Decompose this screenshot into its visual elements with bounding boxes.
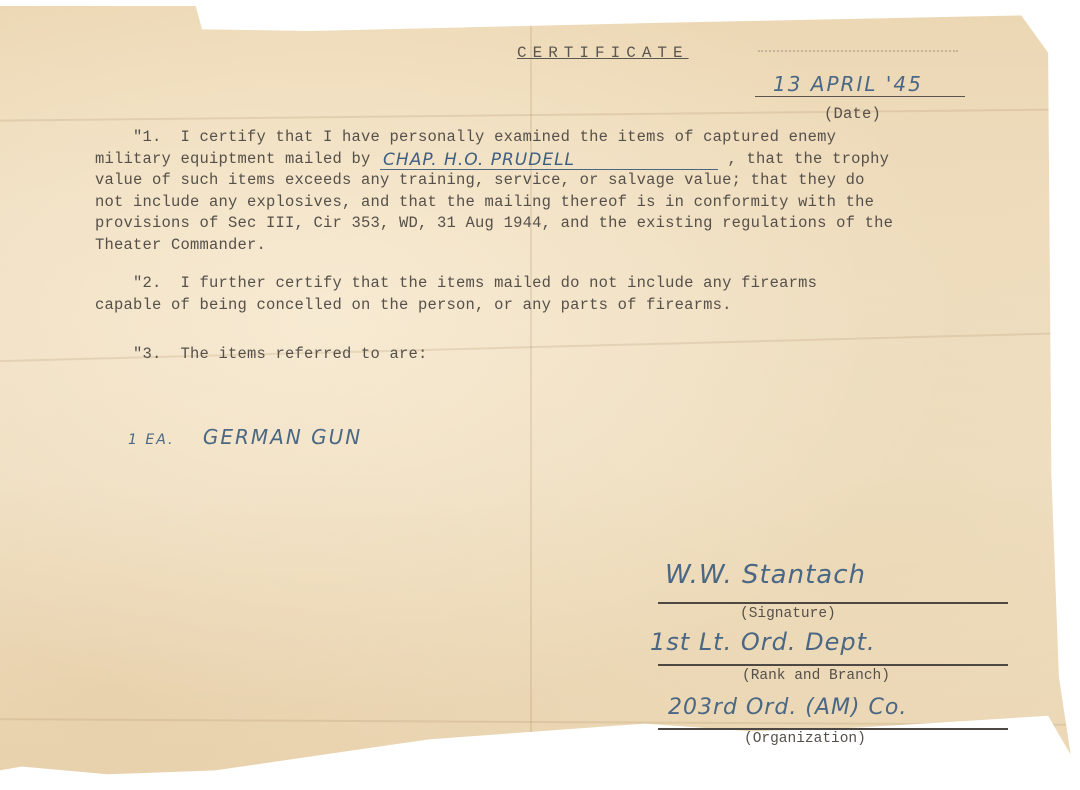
organization-line (658, 728, 1008, 730)
paragraph-1-line-2-prefix: military equiptment mailed by (95, 150, 380, 168)
paper-fold (0, 108, 1075, 121)
organization-label: (Organization) (744, 731, 866, 747)
rank-branch-line (658, 664, 1008, 666)
rank-branch-label: (Rank and Branch) (742, 668, 890, 684)
paper-fold (0, 718, 1075, 726)
paragraph-1-line-1: "1. I certify that I have personally exa… (95, 128, 836, 146)
paragraph-1-line-6: Theater Commander. (95, 236, 266, 254)
paragraph-2-line-2: capable of being concelled on the person… (95, 296, 732, 314)
signature-value: W.W. Stantach (665, 560, 866, 590)
paragraph-3: "3. The items referred to are: (95, 344, 1045, 366)
item-quantity: 1 EA. (128, 432, 175, 448)
paragraph-3-line-1: "3. The items referred to are: (95, 345, 428, 363)
paragraph-1-line-4: not include any explosives, and that the… (95, 193, 874, 211)
date-value: 13 APRIL '45 (755, 72, 965, 97)
paragraph-2-line-1: "2. I further certify that the items mai… (95, 274, 817, 292)
signature-line (658, 602, 1008, 604)
date-label: (Date) (824, 105, 881, 123)
item-entry: 1 EA. GERMAN GUN (128, 425, 362, 449)
mailed-by-field: CHAP. H.O. PRUDELL (380, 151, 718, 170)
item-description: GERMAN GUN (203, 425, 362, 449)
paragraph-1: "1. I certify that I have personally exa… (95, 127, 1045, 256)
paragraph-1-line-2-suffix: , that the trophy (718, 150, 889, 168)
rank-branch-value: 1st Lt. Ord. Dept. (650, 628, 876, 656)
paragraph-2: "2. I further certify that the items mai… (95, 273, 1045, 316)
paragraph-1-line-3: value of such items exceeds any training… (95, 171, 865, 189)
paper-fold (530, 6, 532, 786)
organization-value: 203rd Ord. (AM) Co. (668, 695, 907, 720)
certificate-paper (0, 6, 1075, 786)
signature-label: (Signature) (740, 606, 836, 622)
paragraph-1-line-5: provisions of Sec III, Cir 353, WD, 31 A… (95, 214, 893, 232)
title-dotted-rule (758, 50, 958, 52)
document-title: CERTIFICATE (517, 44, 689, 62)
